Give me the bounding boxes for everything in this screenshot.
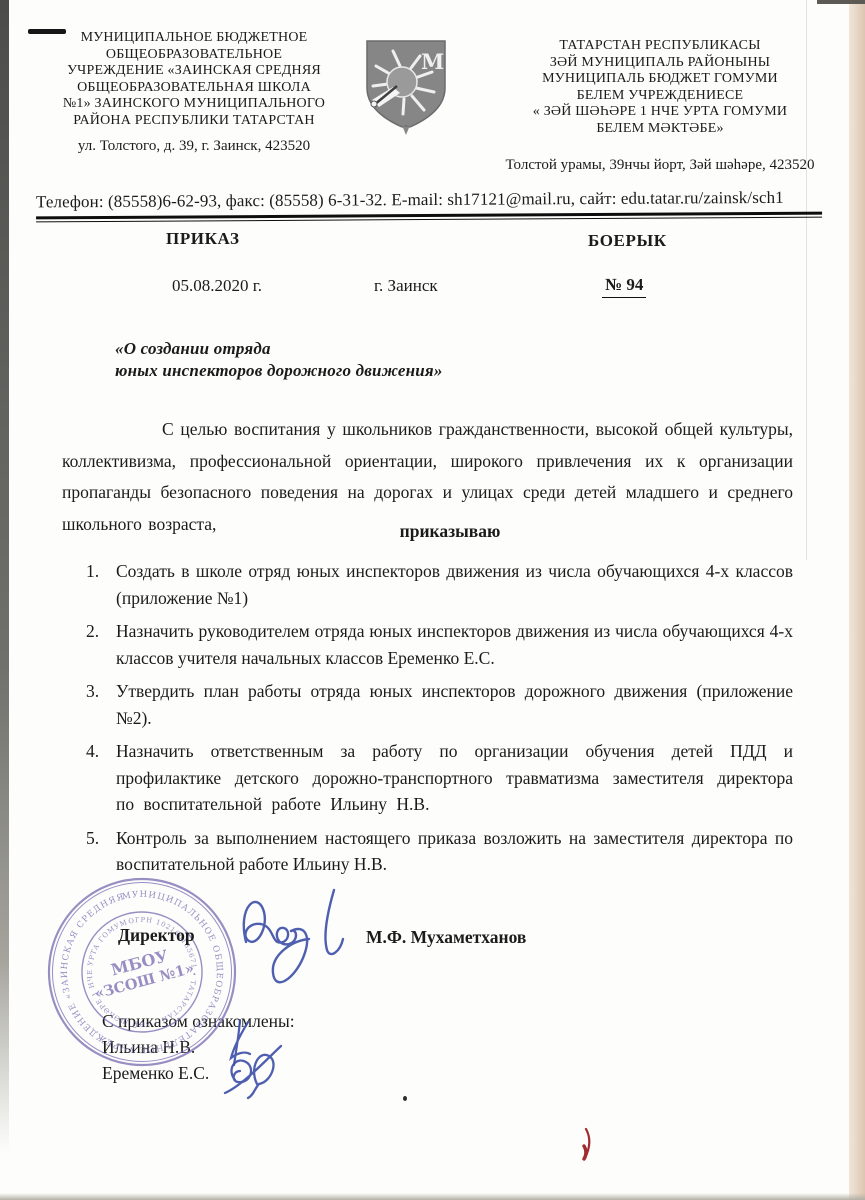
stamp-outer-ring-text: МУНИЦИПАЛЬНОЕ ОБЩЕОБРАЗОВАТЕЛЬНОЕ УЧРЕЖД… — [44, 874, 240, 1070]
item-text: Контроль за выполнением настоящего прика… — [116, 828, 793, 875]
address-russian: ул. Толстого, д. 39, г. Заинск, 423520 — [28, 138, 360, 155]
decree-word: приказываю — [100, 521, 800, 542]
scan-edge-left — [0, 0, 9, 1200]
scan-speck — [403, 1096, 407, 1101]
order-item: 2. Назначить руководителем отряда юных и… — [86, 618, 793, 671]
order-subject: «О создании отряда юных инспекторов доро… — [115, 338, 443, 381]
item-number: 1. — [86, 558, 99, 585]
school-emblem-logo: М — [360, 36, 452, 136]
item-number: 5. — [86, 825, 99, 852]
svg-text:МУНИЦИПАЛЬНОЕ ОБЩЕОБРАЗОВАТЕЛЬ: МУНИЦИПАЛЬНОЕ ОБЩЕОБРАЗОВАТЕЛЬНОЕ УЧРЕЖД… — [44, 874, 240, 1070]
letterhead-contacts-block: Телефон: (85558)6-62-93, факс: (85558) 6… — [36, 188, 822, 223]
eremenko-signature — [222, 1040, 312, 1107]
order-item: 4. Назначить ответственным за работу по … — [86, 738, 793, 818]
director-label: Директор — [118, 925, 195, 946]
item-text: Назначить ответственным за работу по орг… — [116, 741, 793, 814]
order-item: 1. Создать в школе отряд юных инспекторо… — [86, 558, 793, 611]
order-title-russian: ПРИКАЗ — [166, 229, 240, 249]
order-items-list: 1. Создать в школе отряд юных инспекторо… — [86, 558, 793, 885]
item-text: Создать в школе отряд юных инспекторов д… — [116, 561, 793, 608]
official-stamp: МУНИЦИПАЛЬНОЕ ОБЩЕОБРАЗОВАТЕЛЬНОЕ УЧРЕЖД… — [44, 874, 240, 1070]
director-name: М.Ф. Мухаметханов — [366, 927, 526, 948]
item-text: Назначить руководителем отряда юных инсп… — [116, 621, 793, 668]
order-place: г. Заинск — [374, 276, 438, 296]
item-number: 3. — [86, 678, 99, 705]
order-item: 5. Контроль за выполнением настоящего пр… — [86, 825, 793, 878]
director-signature — [230, 878, 370, 1023]
order-number: № 94 — [602, 275, 646, 298]
address-tatar: Толстой урамы, 39нчы йорт, Зәй шәһәре, 4… — [462, 157, 858, 174]
scanned-order-document: МУНИЦИПАЛЬНОЕ БЮДЖЕТНОЕ ОБЩЕОБРАЗОВАТЕЛЬ… — [0, 0, 865, 1200]
item-number: 4. — [86, 738, 99, 765]
org-name-tatar: ТАТАРСТАН РЕСПУБЛИКАСЫ ЗӘЙ МУНИЦИПАЛЬ РА… — [462, 38, 858, 138]
contact-line: Телефон: (85558)6-62-93, факс: (85558) 6… — [36, 188, 822, 213]
order-date: 05.08.2020 г. — [172, 276, 262, 296]
scan-edge-bottom — [0, 1193, 865, 1200]
order-item: 3. Утвердить план работы отряда юных инс… — [86, 678, 793, 731]
order-title-tatar: БОЕРЫК — [588, 231, 667, 251]
org-name-russian: МУНИЦИПАЛЬНОЕ БЮДЖЕТНОЕ ОБЩЕОБРАЗОВАТЕЛЬ… — [28, 30, 360, 130]
scan-edge-top — [817, 0, 865, 4]
scan-edge-right — [849, 0, 865, 1200]
red-pen-mark — [576, 1126, 594, 1167]
svg-text:М: М — [421, 49, 444, 74]
item-text: Утвердить план работы отряда юных инспек… — [116, 681, 793, 728]
item-number: 2. — [86, 618, 99, 645]
